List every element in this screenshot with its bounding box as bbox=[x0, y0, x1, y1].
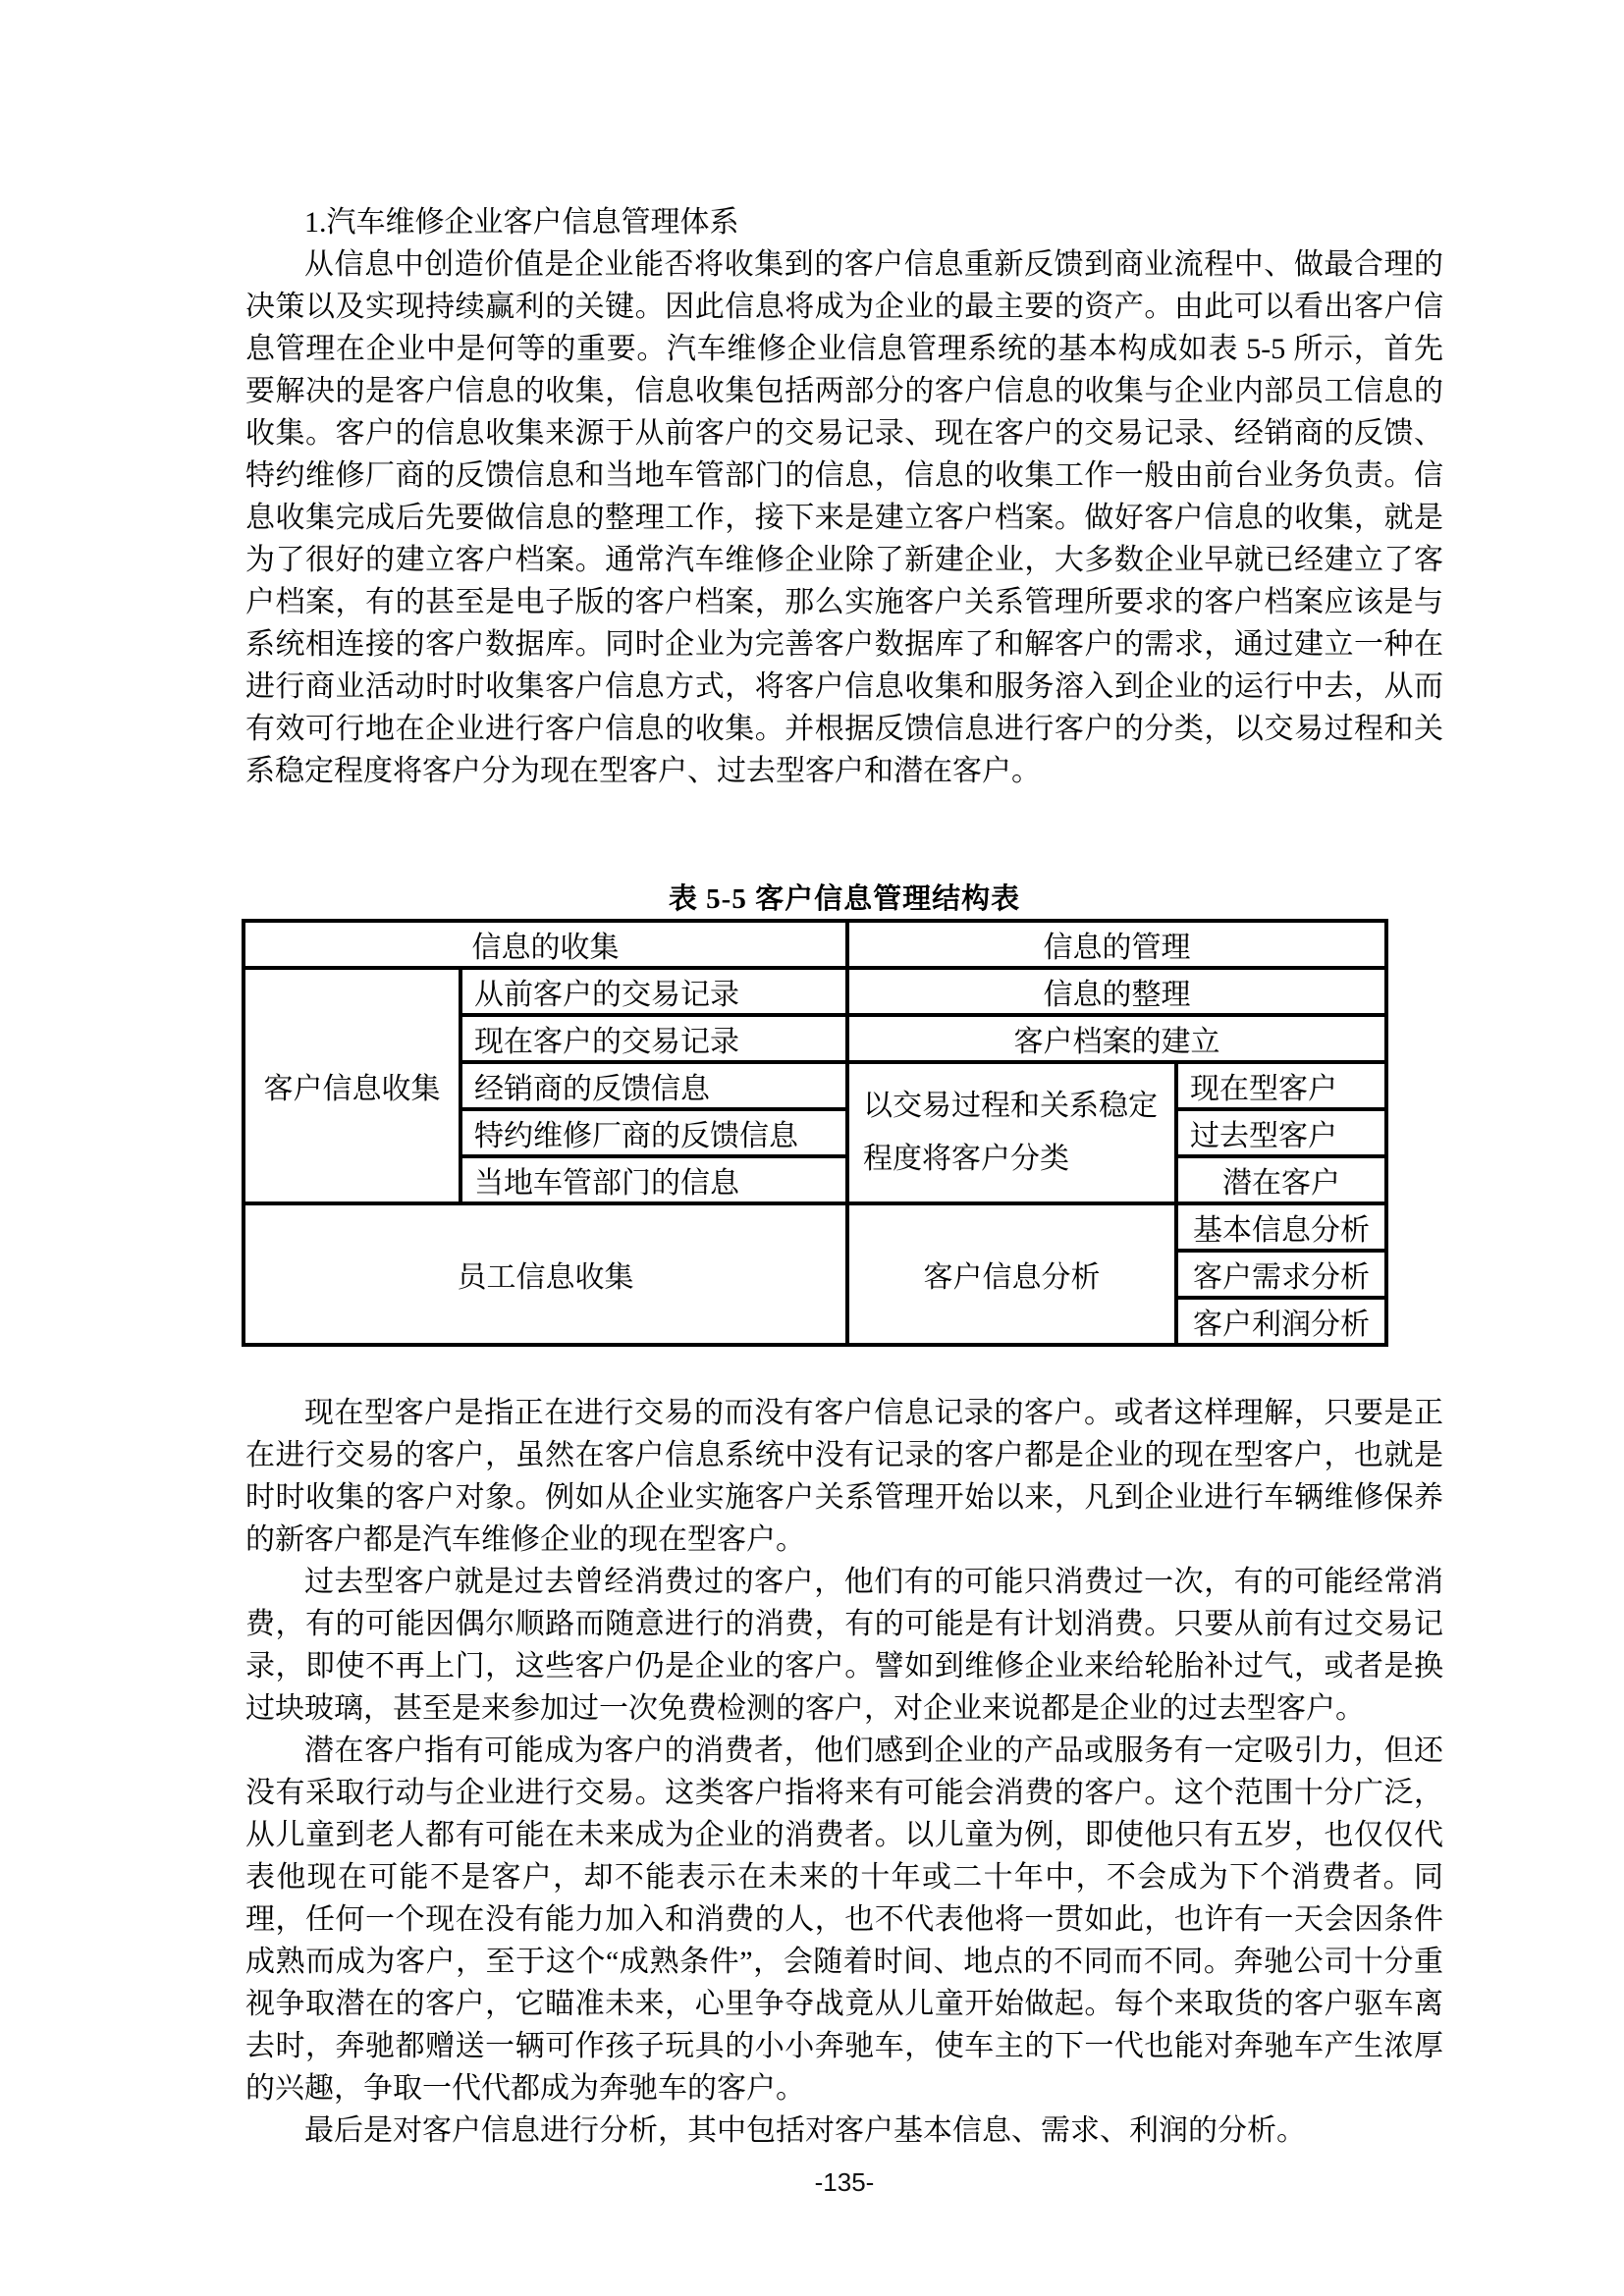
cell-analysis-basic: 基本信息分析 bbox=[1176, 1203, 1386, 1251]
paragraph-intro: 从信息中创造价值是企业能否将收集到的客户信息重新反馈到商业流程中、做最合理的决策… bbox=[245, 243, 1443, 792]
cell-customer-info-collection: 客户信息收集 bbox=[244, 968, 460, 1203]
cell-type-current: 现在型客户 bbox=[1176, 1062, 1386, 1109]
paragraph-conclusion: 最后是对客户信息进行分析，其中包括对客户基本信息、需求、利润的分析。 bbox=[245, 2109, 1443, 2152]
cell-archive-creation: 客户档案的建立 bbox=[847, 1015, 1386, 1062]
customer-info-structure-table: 信息的收集 信息的管理 客户信息收集 从前客户的交易记录 信息的整理 现在客户的… bbox=[242, 919, 1388, 1347]
paragraph-potential-customers: 潜在客户指有可能成为客户的消费者，他们感到企业的产品或服务有一定吸引力，但还没有… bbox=[245, 1730, 1443, 2109]
cell-collection-item-2: 经销商的反馈信息 bbox=[460, 1062, 847, 1109]
page-number: -135- bbox=[245, 2167, 1443, 2198]
cell-header-management: 信息的管理 bbox=[847, 921, 1386, 968]
paragraph-current-customers: 现在型客户是指正在进行交易的而没有客户信息记录的客户。或者这样理解，只要是正在进… bbox=[245, 1392, 1443, 1561]
section-heading: 1.汽车维修企业客户信息管理体系 bbox=[245, 201, 1443, 243]
cell-collection-item-3: 特约维修厂商的反馈信息 bbox=[460, 1109, 847, 1156]
cell-info-organize: 信息的整理 bbox=[847, 968, 1386, 1015]
cell-collection-item-0: 从前客户的交易记录 bbox=[460, 968, 847, 1015]
page-content: 1.汽车维修企业客户信息管理体系 从信息中创造价值是企业能否将收集到的客户信息重… bbox=[245, 201, 1443, 2198]
paragraph-past-customers: 过去型客户就是过去曾经消费过的客户，他们有的可能只消费过一次，有的可能经常消费，… bbox=[245, 1561, 1443, 1730]
table-title: 表 5-5 客户信息管理结构表 bbox=[245, 881, 1443, 917]
cell-collection-item-4: 当地车管部门的信息 bbox=[460, 1156, 847, 1203]
cell-employee-info-collection: 员工信息收集 bbox=[244, 1203, 847, 1345]
cell-customer-info-analysis: 客户信息分析 bbox=[847, 1203, 1176, 1345]
cell-header-collection: 信息的收集 bbox=[244, 921, 847, 968]
cell-classification-method: 以交易过程和关系稳定程度将客户分类 bbox=[847, 1062, 1176, 1203]
cell-collection-item-1: 现在客户的交易记录 bbox=[460, 1015, 847, 1062]
cell-analysis-demand: 客户需求分析 bbox=[1176, 1251, 1386, 1298]
cell-type-past: 过去型客户 bbox=[1176, 1109, 1386, 1156]
document-page: 1.汽车维修企业客户信息管理体系 从信息中创造价值是企业能否将收集到的客户信息重… bbox=[0, 0, 1624, 2296]
cell-analysis-profit: 客户利润分析 bbox=[1176, 1298, 1386, 1345]
cell-type-potential: 潜在客户 bbox=[1176, 1156, 1386, 1203]
